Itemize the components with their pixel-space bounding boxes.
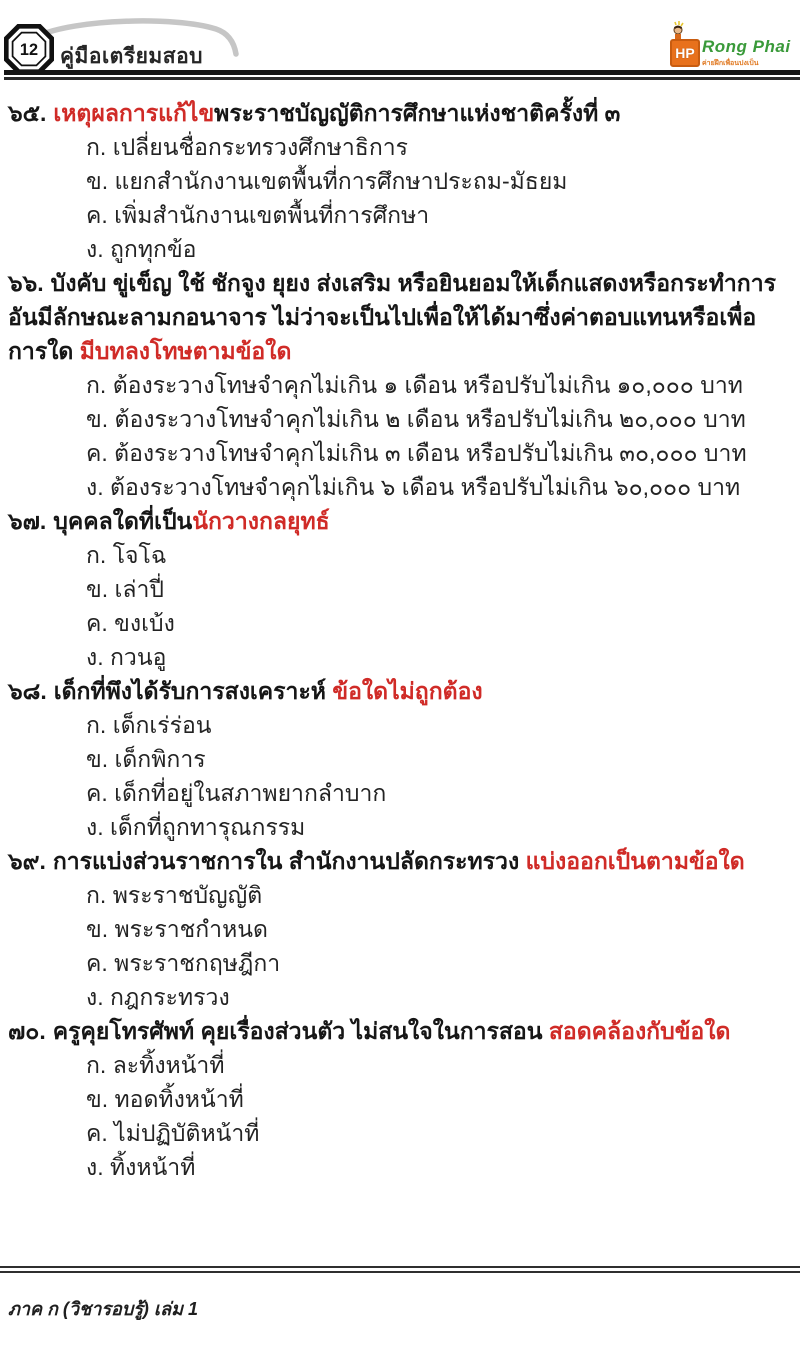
choice-option: ข. เด็กพิการ — [8, 742, 794, 776]
choice-option: ก. โจโฉ — [8, 538, 794, 572]
choice-option: ข. ต้องระวางโทษจำคุกไม่เกิน ๒ เดือน หรือ… — [8, 402, 794, 436]
logo-brand-name: Rong Phai — [702, 37, 792, 57]
document-page: { "header": { "page_number": "12", "titl… — [0, 0, 800, 1354]
question-text-highlight: ข้อใดไม่ถูกต้อง — [332, 678, 482, 704]
brand-logo: HP Rong Phai ค่ายฝึกเพื่อนปงเป็น — [670, 33, 790, 75]
choice-option: ง. ต้องระวางโทษจำคุกไม่เกิน ๖ เดือน หรือ… — [8, 470, 794, 504]
choice-option: ก. เปลี่ยนชื่อกระทรวงศึกษาธิการ — [8, 130, 794, 164]
choice-option: ข. เล่าปี่ — [8, 572, 794, 606]
choice-option: ค. เพิ่มสำนักงานเขตพื้นที่การศึกษา — [8, 198, 794, 232]
question-text-highlight: นักวางกลยุทธ์ — [192, 508, 329, 534]
page-number: 12 — [20, 41, 38, 59]
question-title: ๖๙.การแบ่งส่วนราชการใน สำนักงานปลัดกระทร… — [8, 844, 794, 878]
header-divider — [4, 70, 800, 80]
logo-monogram: HP — [670, 39, 700, 67]
choice-option: ง. ถูกทุกข้อ — [8, 232, 794, 266]
question-65: ๖๕.เหตุผลการแก้ไขพระราชบัญญัติการศึกษาแห… — [8, 96, 794, 266]
choice-option: ข. พระราชกำหนด — [8, 912, 794, 946]
choice-option: ค. เด็กที่อยู่ในสภาพยากลำบาก — [8, 776, 794, 810]
question-text-highlight: มีบทลงโทษตามข้อใด — [80, 338, 292, 364]
question-title: ๖๘.เด็กที่พึงได้รับการสงเคราะห์ ข้อใดไม่… — [8, 674, 794, 708]
question-title: ๖๗.บุคคลใดที่เป็นนักวางกลยุทธ์ — [8, 504, 794, 538]
logo-mascot-icon — [666, 21, 688, 41]
choice-option: ค. ไม่ปฏิบัติหน้าที่ — [8, 1116, 794, 1150]
choice-option: ค. ขงเบ้ง — [8, 606, 794, 640]
question-text: บุคคลใดที่เป็น — [53, 508, 192, 534]
choice-option: ค. พระราชกฤษฎีกา — [8, 946, 794, 980]
choice-option: ก. เด็กเร่ร่อน — [8, 708, 794, 742]
logo-tagline: ค่ายฝึกเพื่อนปงเป็น — [702, 58, 792, 69]
page-number-badge: 12 — [4, 24, 54, 74]
question-68: ๖๘.เด็กที่พึงได้รับการสงเคราะห์ ข้อใดไม่… — [8, 674, 794, 844]
header-title: คู่มือเตรียมสอบ — [60, 40, 203, 73]
logo-text: Rong Phai ค่ายฝึกเพื่อนปงเป็น — [702, 37, 792, 69]
question-text: พระราชบัญญัติการศึกษาแห่งชาติครั้งที่ ๓ — [214, 100, 620, 126]
choice-option: ก. พระราชบัญญัติ — [8, 878, 794, 912]
question-70: ๗๐.ครูคุยโทรศัพท์ คุยเรื่องส่วนตัว ไม่สน… — [8, 1014, 794, 1184]
question-text: ครูคุยโทรศัพท์ คุยเรื่องส่วนตัว ไม่สนใจใ… — [53, 1018, 549, 1044]
question-list: ๖๕.เหตุผลการแก้ไขพระราชบัญญัติการศึกษาแห… — [8, 96, 794, 1184]
question-number: ๖๗. — [8, 508, 46, 534]
question-title: ๖๖.บังคับ ขู่เข็ญ ใช้ ชักจูง ยุยง ส่งเสร… — [8, 266, 794, 368]
footer-divider — [0, 1266, 800, 1273]
question-number: ๗๐. — [8, 1018, 46, 1044]
choice-option: ง. กวนอู — [8, 640, 794, 674]
question-number: ๖๖. — [8, 270, 44, 296]
question-text-highlight: แบ่งออกเป็นตามข้อใด — [526, 848, 745, 874]
choice-option: ข. ทอดทิ้งหน้าที่ — [8, 1082, 794, 1116]
choice-option: ง. เด็กที่ถูกทารุณกรรม — [8, 810, 794, 844]
question-text-highlight: เหตุผลการแก้ไข — [53, 100, 214, 126]
question-69: ๖๙.การแบ่งส่วนราชการใน สำนักงานปลัดกระทร… — [8, 844, 794, 1014]
question-text: เด็กที่พึงได้รับการสงเคราะห์ — [54, 678, 333, 704]
choice-option: ก. ละทิ้งหน้าที่ — [8, 1048, 794, 1082]
question-title: ๗๐.ครูคุยโทรศัพท์ คุยเรื่องส่วนตัว ไม่สน… — [8, 1014, 794, 1048]
choice-option: ง. ทิ้งหน้าที่ — [8, 1150, 794, 1184]
question-text: การแบ่งส่วนราชการใน สำนักงานปลัดกระทรวง — [53, 848, 526, 874]
footer-text: ภาค ก (วิชารอบรู้) เล่ม 1 — [8, 1294, 198, 1323]
question-number: ๖๕. — [8, 100, 46, 126]
choice-option: ข. แยกสำนักงานเขตพื้นที่การศึกษาประถม-มั… — [8, 164, 794, 198]
choice-option: ง. กฎกระทรวง — [8, 980, 794, 1014]
choice-option: ค. ต้องระวางโทษจำคุกไม่เกิน ๓ เดือน หรือ… — [8, 436, 794, 470]
question-text-highlight: สอดคล้องกับข้อใด — [549, 1018, 731, 1044]
question-66: ๖๖.บังคับ ขู่เข็ญ ใช้ ชักจูง ยุยง ส่งเสร… — [8, 266, 794, 504]
question-number: ๖๙. — [8, 848, 46, 874]
question-title: ๖๕.เหตุผลการแก้ไขพระราชบัญญัติการศึกษาแห… — [8, 96, 794, 130]
page-header: 12 คู่มือเตรียมสอบ HP Rong Phai ค่ายฝึกเ… — [0, 0, 800, 92]
question-67: ๖๗.บุคคลใดที่เป็นนักวางกลยุทธ์ ก. โจโฉ ข… — [8, 504, 794, 674]
question-number: ๖๘. — [8, 678, 47, 704]
choice-option: ก. ต้องระวางโทษจำคุกไม่เกิน ๑ เดือน หรือ… — [8, 368, 794, 402]
